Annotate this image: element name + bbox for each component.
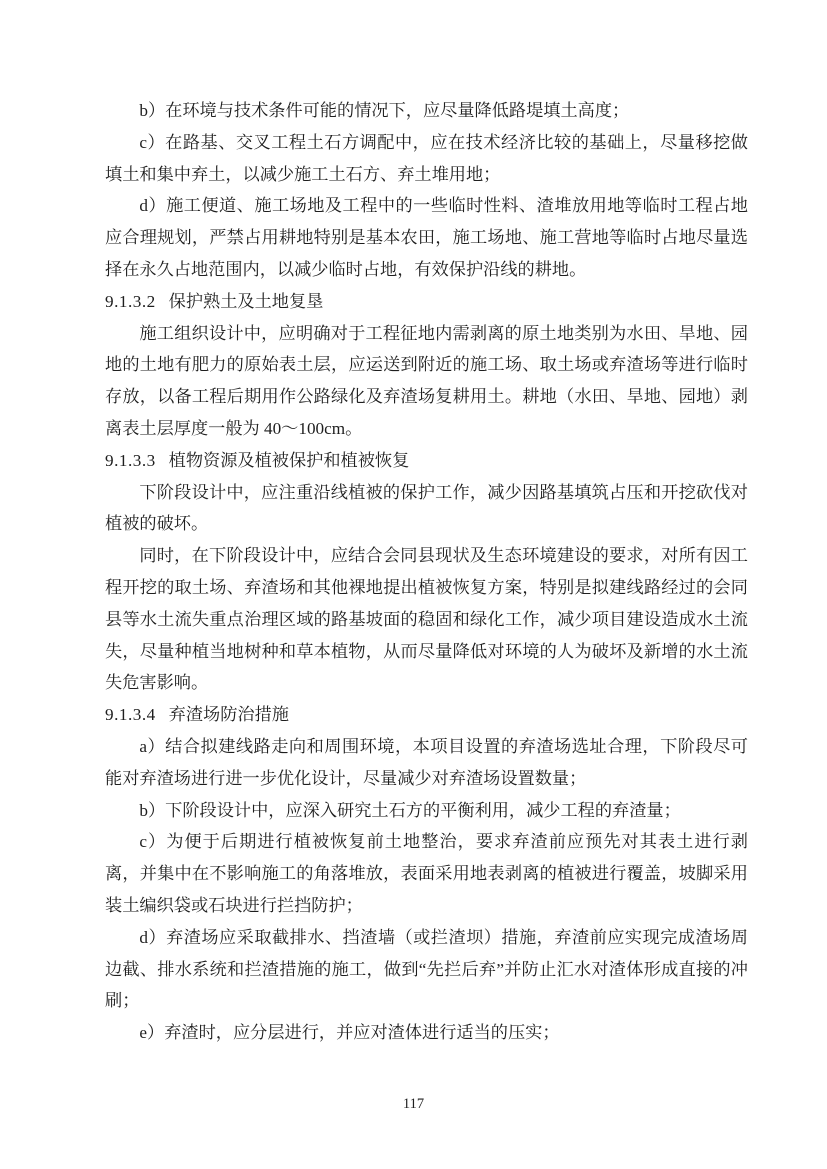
- paragraph-vegetation-protect: 下阶段设计中，应注重沿线植被的保护工作，减少因路基填筑占压和开挖砍伐对植被的破坏…: [105, 477, 748, 541]
- section-title: 植物资源及植被保护和植被恢复: [169, 451, 410, 470]
- section-title: 保护熟土及土地复垦: [169, 292, 324, 311]
- list-item-b2: b）下阶段设计中，应深入研究土石方的平衡利用，减少工程的弃渣量；: [105, 795, 748, 827]
- list-item-c: c）在路基、交叉工程土石方调配中，应在技术经济比较的基础上，尽量移挖做填土和集中…: [105, 127, 748, 191]
- paragraph-topsoil: 施工组织设计中，应明确对于工程征地内需剥离的原土地类别为水田、旱地、园地的土地有…: [105, 318, 748, 445]
- list-item-a2: a）结合拟建线路走向和周围环境，本项目设置的弃渣场选址合理，下阶段尽可能对弃渣场…: [105, 731, 748, 795]
- section-heading-9-1-3-2: 9.1.3.2保护熟土及土地复垦: [105, 286, 748, 318]
- list-item-e2: e）弃渣时，应分层进行，并应对渣体进行适当的压实；: [105, 1017, 748, 1049]
- document-content: b）在环境与技术条件可能的情况下，应尽量降低路堤填土高度； c）在路基、交叉工程…: [105, 95, 748, 1049]
- paragraph-vegetation-restore: 同时，在下阶段设计中，应结合会同县现状及生态环境建设的要求，对所有因工程开挖的取…: [105, 540, 748, 699]
- list-item-b: b）在环境与技术条件可能的情况下，应尽量降低路堤填土高度；: [105, 95, 748, 127]
- section-title: 弃渣场防治措施: [169, 705, 289, 724]
- section-number: 9.1.3.3: [105, 451, 156, 470]
- list-item-d2: d）弃渣场应采取截排水、挡渣墙（或拦渣坝）措施，弃渣前应实现完成渣场周边截、排水…: [105, 922, 748, 1017]
- section-number: 9.1.3.4: [105, 705, 156, 724]
- list-item-d: d）施工便道、施工场地及工程中的一些临时性料、渣堆放用地等临时工程占地应合理规划…: [105, 190, 748, 285]
- page-footer: 117: [0, 1094, 827, 1114]
- page-number: 117: [403, 1096, 424, 1112]
- section-number: 9.1.3.2: [105, 292, 156, 311]
- document-page: b）在环境与技术条件可能的情况下，应尽量降低路堤填土高度； c）在路基、交叉工程…: [0, 0, 827, 1169]
- section-heading-9-1-3-3: 9.1.3.3植物资源及植被保护和植被恢复: [105, 445, 748, 477]
- section-heading-9-1-3-4: 9.1.3.4弃渣场防治措施: [105, 699, 748, 731]
- list-item-c2: c）为便于后期进行植被恢复前土地整治，要求弃渣前应预先对其表土进行剥离，并集中在…: [105, 826, 748, 921]
